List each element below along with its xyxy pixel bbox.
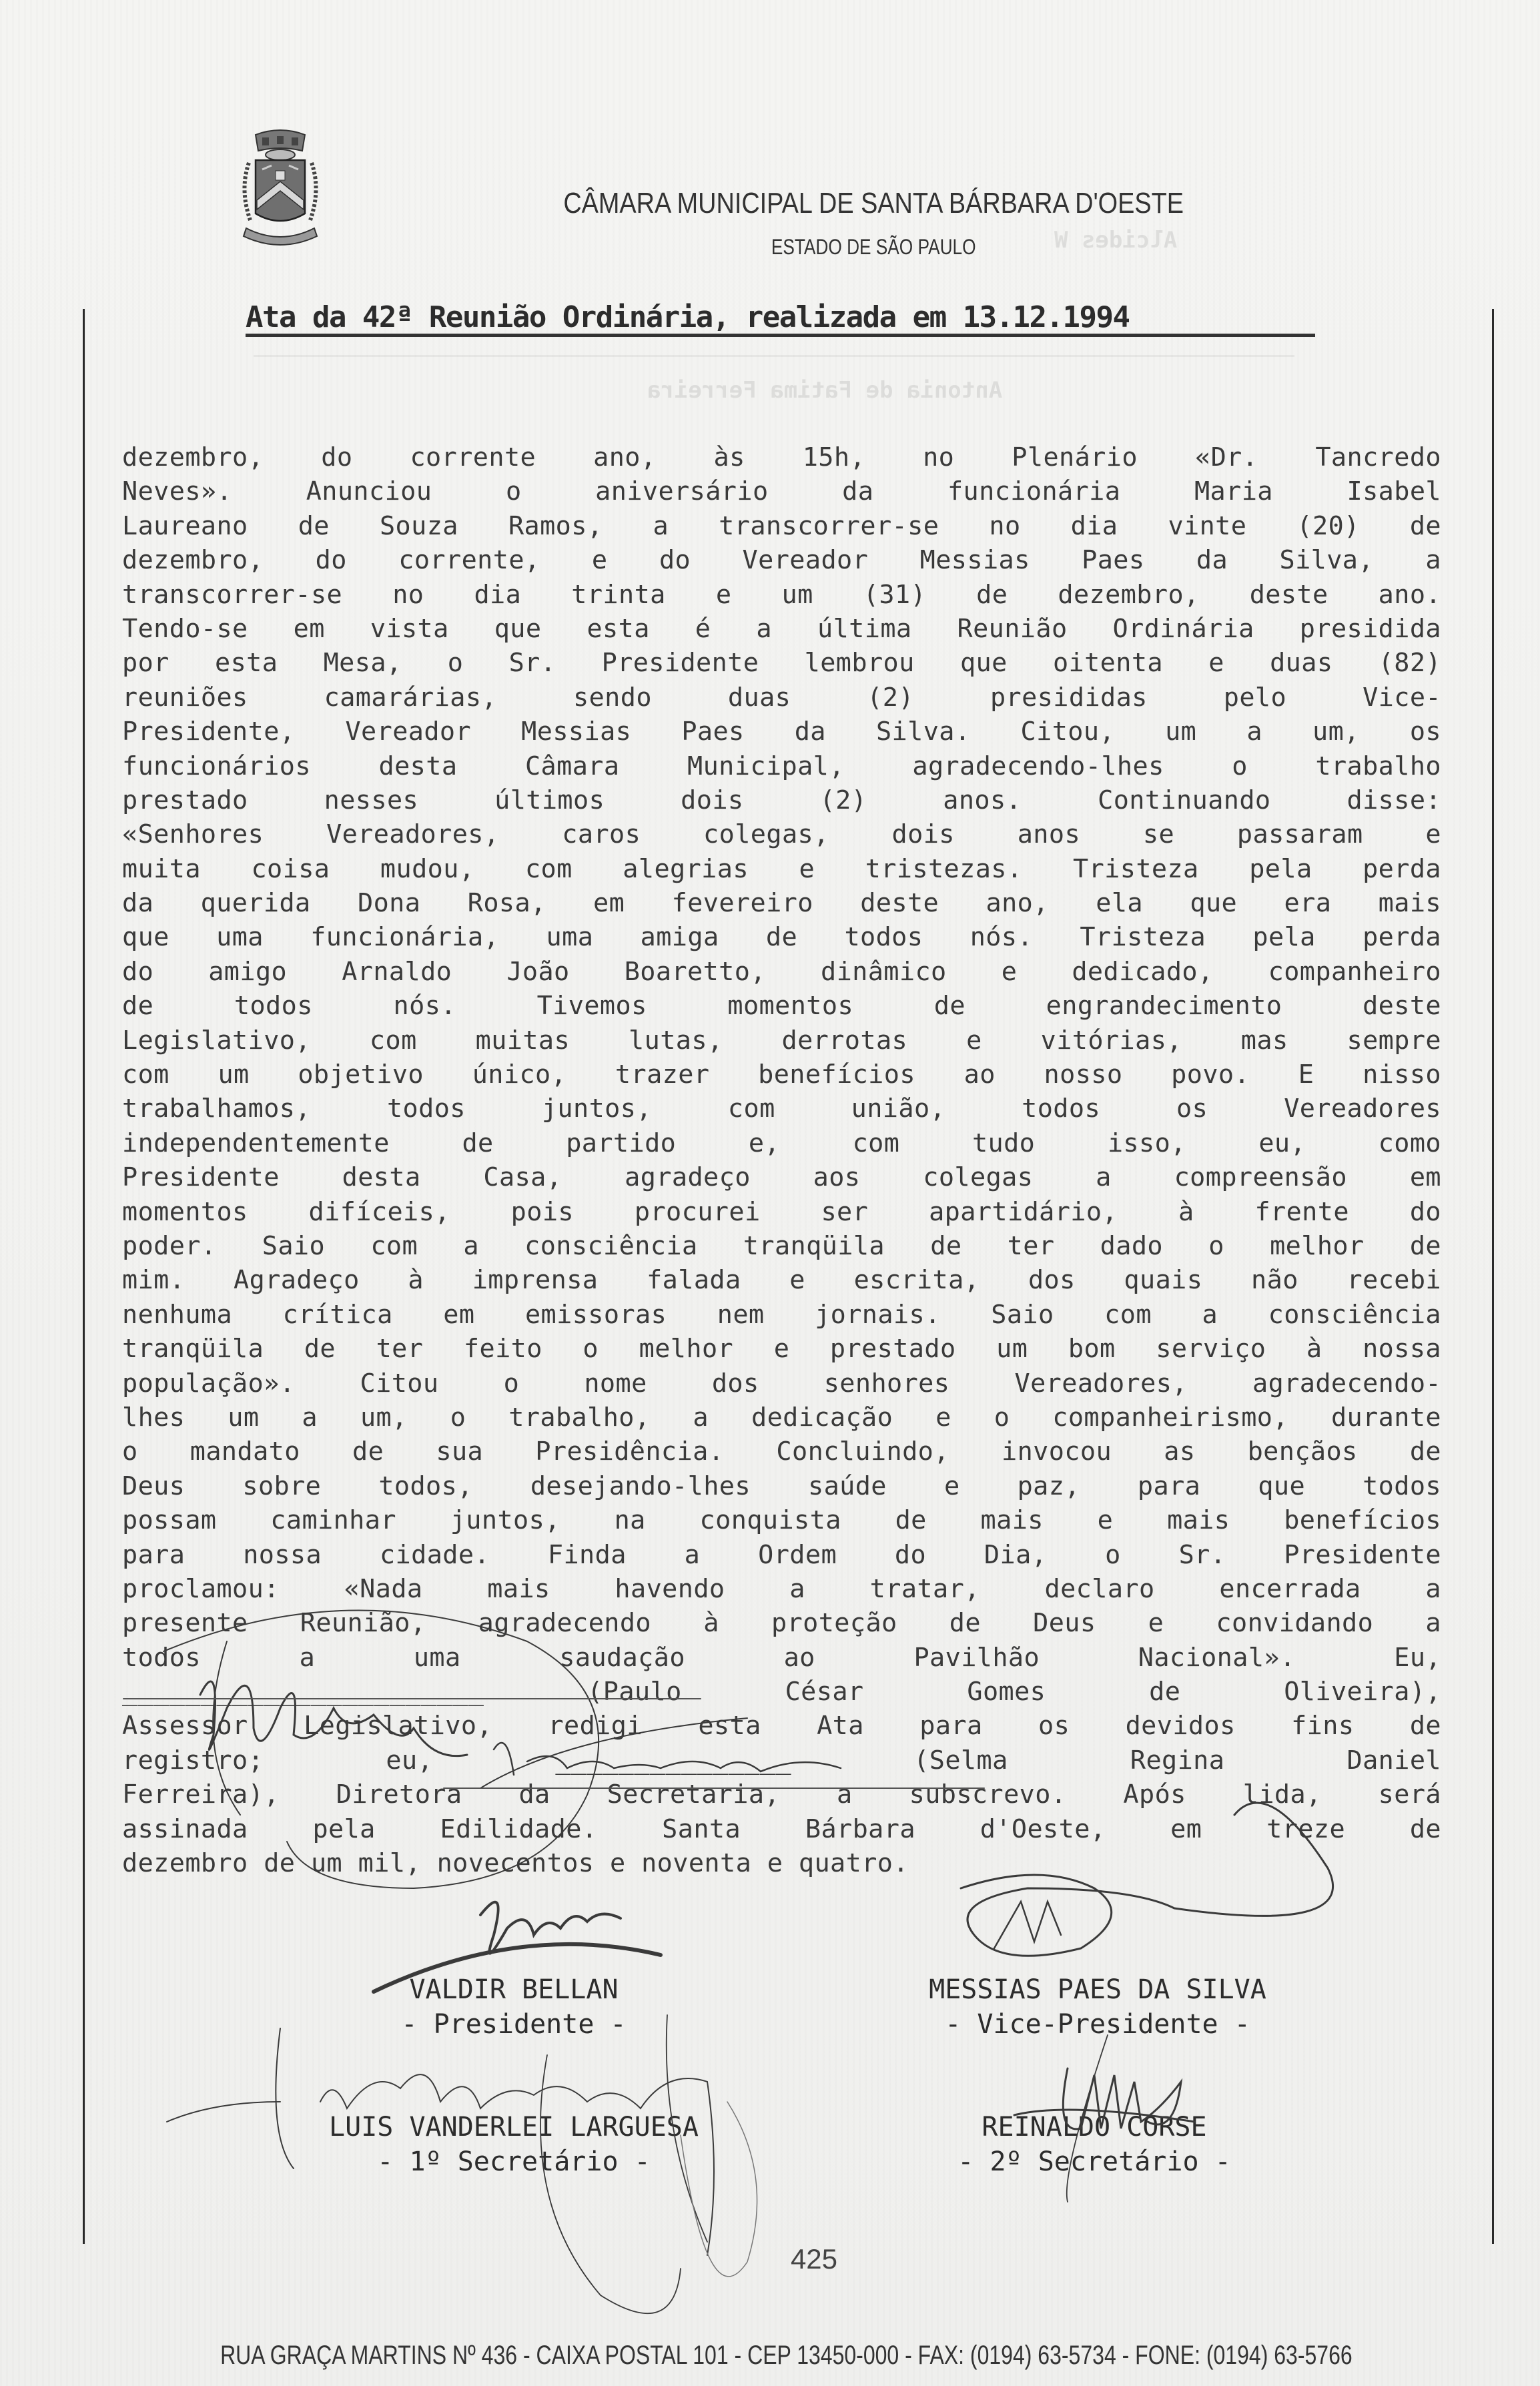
minutes-line: Presidente, Vereador Messias Paes da Sil… [122, 715, 1441, 749]
organization-name: CÂMARA MUNICIPAL DE SANTA BÁRBARA D'OEST… [122, 187, 1447, 220]
minutes-line: dezembro, do corrente, e do Vereador Mes… [122, 543, 1441, 577]
organization-state-text: ESTADO DE SÃO PAULO [771, 235, 976, 260]
minutes-line: momentos difíceis, pois procurei ser apa… [122, 1195, 1441, 1229]
minutes-line: Tendo-se em vista que esta é a última Re… [122, 612, 1441, 646]
minutes-line: para nossa cidade. Finda a Ordem do Dia,… [122, 1538, 1441, 1572]
minutes-line: poder. Saio com a consciência tranqüila … [122, 1229, 1441, 1263]
minutes-line: presente Reunião, agradecendo à proteção… [122, 1606, 1441, 1640]
signatory-name: VALDIR BELLAN [314, 1972, 714, 2007]
minutes-line: possam caminhar juntos, na conquista de … [122, 1503, 1441, 1537]
document-title: Ata da 42ª Reunião Ordinária, realizada … [246, 300, 1313, 334]
signatory-role: - 2º Secretário - [881, 2144, 1308, 2179]
footer-address: RUA GRAÇA MARTINS Nº 436 - CAIXA POSTAL … [0, 2341, 1540, 2371]
minutes-line: todos a uma saudação ao Pavilhão Naciona… [122, 1641, 1441, 1675]
minutes-line: Assessor Legislativo, redigi esta Ata pa… [122, 1709, 1441, 1743]
organization-name-text: CÂMARA MUNICIPAL DE SANTA BÁRBARA D'OEST… [563, 187, 1184, 220]
organization-state: ESTADO DE SÃO PAULO [157, 235, 1421, 260]
signature-president: VALDIR BELLAN - Presidente - [314, 1972, 714, 2042]
title-underline [246, 334, 1315, 337]
bleed-through-text: Antonia de Fatima Ferreira [647, 377, 1002, 404]
minutes-line: trabalhamos, todos juntos, com união, to… [122, 1092, 1441, 1126]
minutes-line: de todos nós. Tivemos momentos de engran… [122, 989, 1441, 1023]
minutes-line: Ferreira), Diretora da Secretaria, a sub… [122, 1777, 1441, 1812]
footer-address-text: RUA GRAÇA MARTINS Nº 436 - CAIXA POSTAL … [220, 2341, 1353, 2371]
minutes-line: funcionários desta Câmara Municipal, agr… [122, 749, 1441, 783]
minutes-line: muita coisa mudou, com alegrias e triste… [122, 852, 1441, 886]
minutes-line: nenhuma crítica em emissoras nem jornais… [122, 1298, 1441, 1332]
minutes-line: reuniões camarárias, sendo duas (2) pres… [122, 681, 1441, 715]
signatory-name: MESSIAS PAES DA SILVA [831, 1972, 1365, 2007]
signature-first-secretary: LUIS VANDERLEI LARGUESA - 1º Secretário … [247, 2110, 781, 2179]
signature-vice-president: MESSIAS PAES DA SILVA - Vice-Presidente … [831, 1972, 1365, 2042]
minutes-line: registro; eu, _______________ (Selma Reg… [122, 1743, 1441, 1777]
signatory-name: REINALDO CORSE [881, 2110, 1308, 2144]
minutes-line: Neves». Anunciou o aniversário da funcio… [122, 474, 1441, 508]
minutes-line: do amigo Arnaldo João Boaretto, dinâmico… [122, 955, 1441, 989]
minutes-body: dezembro, do corrente ano, às 15h, no Pl… [122, 440, 1441, 1880]
minutes-line: dezembro, do corrente ano, às 15h, no Pl… [122, 440, 1441, 474]
minutes-line: que uma funcionária, uma amiga de todos … [122, 920, 1441, 954]
signatory-role: - Vice-Presidente - [831, 2007, 1365, 2042]
minutes-line: mim. Agradeço à imprensa falada e escrit… [122, 1263, 1441, 1297]
minutes-line: dezembro de um mil, novecentos e noventa… [122, 1846, 1441, 1880]
minutes-line: população». Citou o nome dos senhores Ve… [122, 1366, 1441, 1401]
minutes-line: tranqüila de ter feito o melhor e presta… [122, 1332, 1441, 1366]
minutes-line: por esta Mesa, o Sr. Presidente lembrou … [122, 646, 1441, 680]
minutes-line: lhes um a um, o trabalho, a dedicação e … [122, 1401, 1441, 1435]
right-margin-rule [1492, 309, 1494, 2244]
minutes-line: com um objetivo único, trazer benefícios… [122, 1058, 1441, 1092]
minutes-line: Deus sobre todos, desejando-lhes saúde e… [122, 1469, 1441, 1503]
minutes-line: transcorrer-se no dia trinta e um (31) d… [122, 578, 1441, 612]
minutes-line: o mandato de sua Presidência. Concluindo… [122, 1435, 1441, 1469]
signatory-role: - Presidente - [314, 2007, 714, 2042]
minutes-line: da querida Dona Rosa, em fevereiro deste… [122, 886, 1441, 920]
minutes-line: independentemente de partido e, com tudo… [122, 1126, 1441, 1160]
left-margin-rule [83, 309, 85, 2244]
minutes-line: «Senhores Vereadores, caros colegas, doi… [122, 817, 1441, 851]
minutes-line: Legislativo, com muitas lutas, derrotas … [122, 1024, 1441, 1058]
minutes-line: Laureano de Souza Ramos, a transcorrer-s… [122, 509, 1441, 543]
minutes-line: proclamou: «Nada mais havendo a tratar, … [122, 1572, 1441, 1606]
signatory-name: LUIS VANDERLEI LARGUESA [247, 2110, 781, 2144]
minutes-line: prestado nesses últimos dois (2) anos. C… [122, 783, 1441, 817]
minutes-line: Presidente desta Casa, agradeço aos cole… [122, 1160, 1441, 1194]
minutes-line: assinada pela Edilidade. Santa Bárbara d… [122, 1812, 1441, 1846]
signatory-role: - 1º Secretário - [247, 2144, 781, 2179]
minutes-line: _______________________ (Paulo César Gom… [122, 1675, 1441, 1709]
bleed-through-rule [254, 355, 1294, 357]
page-number: 425 [767, 2243, 861, 2275]
signature-second-secretary: REINALDO CORSE - 2º Secretário - [881, 2110, 1308, 2179]
